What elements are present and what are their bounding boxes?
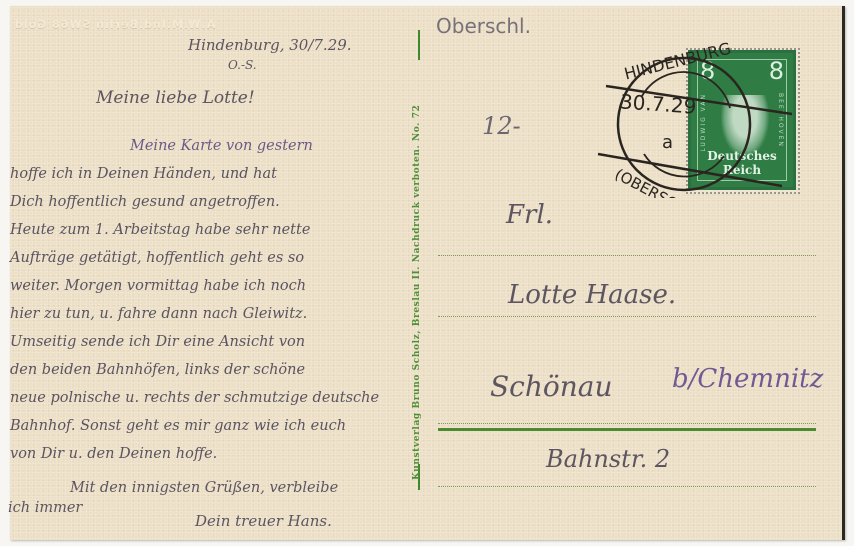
message-place-region: O.-S. [228,58,257,72]
message-line: Umseitig sende ich Dir eine Ansicht von [10,334,305,350]
message-line: den beiden Bahnhöfen, links der schöne [10,362,305,378]
stamp-value-right: 8 [769,57,784,85]
message-closing-continued: ich immer [8,500,82,516]
message-line: Meine Karte von gestern [130,138,313,154]
address-city-underline [438,428,816,431]
message-line: Bahnhof. Sonst geht es mir ganz wie ich … [10,418,346,434]
postage-stamp: 8 8 LUDWIG VAN BEETHOVEN Deutsches Reich [688,50,796,190]
address-name: Lotte Haase. [508,280,676,310]
address-line-4 [438,486,816,487]
address-line-3 [438,423,816,424]
address-city: Schönau [490,370,613,403]
message-line: weiter. Morgen vormittag habe ich noch [10,278,306,294]
message-place-date: Hindenburg, 30/7.29. [188,36,352,54]
stamp-value-left: 8 [700,57,715,85]
embossed-publisher-mark: A.W.M.Ind.Berlin SW68 Gold [14,18,215,31]
postmark-letter: a [662,132,673,153]
address-street: Bahnstr. 2 [546,445,670,473]
message-line: Dich hoffentlich gesund angetroffen. [10,194,280,210]
portrait-icon [721,95,769,157]
address-line-2 [438,316,816,317]
region-annotation: Oberschl. [436,14,531,38]
message-line: von Dir u. den Deinen hoffe. [10,446,217,462]
message-line: hoffe ich in Deinen Händen, und hat [10,166,277,182]
message-closing: Mit den innigsten Grüßen, verbleibe [70,480,338,496]
message-salutation: Meine liebe Lotte! [96,88,255,108]
message-signature: Dein treuer Hans. [195,512,332,530]
message-line: Heute zum 1. Arbeitstag habe sehr nette [10,222,310,238]
address-honorific: Frl. [506,200,553,230]
message-line: Aufträge getätigt, hoffentlich geht es s… [10,250,304,266]
address-line-1 [438,255,816,256]
message-line: hier zu tun, u. fahre dann nach Gleiwitz… [10,306,307,322]
message-line: neue polnische u. rechts der schmutzige … [10,390,379,406]
stamp-side-text-left: LUDWIG VAN [700,93,707,152]
stamp-country: Deutsches Reich [691,149,793,177]
address-city-extra: b/Chemnitz [672,364,823,394]
stamp-side-text-right: BEETHOVEN [777,93,784,148]
price-annotation: 12- [482,112,521,140]
publisher-imprint: Kunstverlag Bruno Scholz, Breslau II. Na… [412,50,426,480]
